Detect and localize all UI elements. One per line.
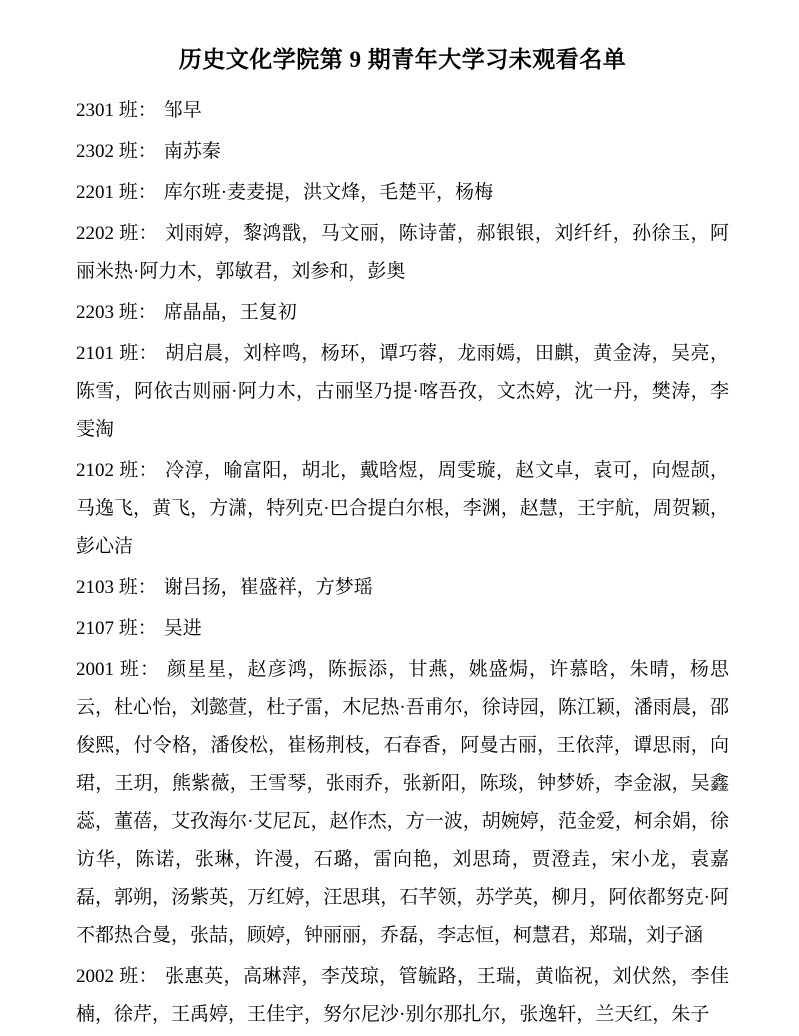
- student-name-list: 席晶晶，王复初: [164, 302, 297, 323]
- student-name-list: 胡启晨，刘梓鸣，杨环，谭巧蓉，龙雨嫣，田麒，黄金涛，吴亮，陈雪，阿依古则丽·阿力…: [76, 343, 729, 440]
- class-entry: 2103 班：谢吕扬，崔盛祥，方梦瑶: [76, 569, 729, 607]
- student-name-list: 冷淳，喻富阳，胡北，戴晗煜，周雯璇，赵文卓，袁可，向煜颉，马逸飞，黄飞，方潇，特…: [76, 460, 729, 557]
- class-entry: 2001 班：颜星星，赵彦鸿，陈振添，甘燕，姚盛焗，许慕晗，朱晴，杨思云，杜心怡…: [76, 651, 729, 955]
- student-name-list: 库尔班·麦麦提，洪文烽，毛楚平，杨梅: [164, 182, 493, 203]
- class-label: 2202 班：: [76, 223, 165, 244]
- class-label: 2107 班：: [76, 618, 164, 639]
- class-label: 2302 班：: [76, 141, 164, 162]
- class-entry: 2002 班：张惠英，高琳萍，李茂琼，管毓路，王瑞，黄临祝，刘伏然，李佳楠，徐芹…: [76, 958, 729, 1034]
- class-entry: 2102 班：冷淳，喻富阳，胡北，戴晗煜，周雯璇，赵文卓，袁可，向煜颉，马逸飞，…: [76, 452, 729, 566]
- student-name-list: 吴进: [164, 618, 202, 639]
- class-label: 2101 班：: [76, 343, 165, 364]
- class-label: 2103 班：: [76, 577, 164, 598]
- class-label: 2203 班：: [76, 302, 164, 323]
- class-entry: 2302 班：南苏秦: [76, 133, 729, 171]
- class-entry: 2201 班：库尔班·麦麦提，洪文烽，毛楚平，杨梅: [76, 174, 729, 212]
- student-name-list: 南苏秦: [164, 141, 221, 162]
- student-name-list: 谢吕扬，崔盛祥，方梦瑶: [164, 577, 373, 598]
- page-title: 历史文化学院第 9 期青年大学习未观看名单: [76, 44, 729, 76]
- class-label: 2002 班：: [76, 966, 165, 987]
- class-label: 2001 班：: [76, 659, 167, 680]
- class-entry: 2202 班：刘雨婷，黎鸿戬，马文丽，陈诗蕾，郝银银，刘纤纤，孙徐玉，阿丽米热·…: [76, 215, 729, 291]
- class-list: 2301 班：邹早2302 班：南苏秦2201 班：库尔班·麦麦提，洪文烽，毛楚…: [76, 92, 729, 1034]
- class-label: 2102 班：: [76, 460, 165, 481]
- student-name-list: 张惠英，高琳萍，李茂琼，管毓路，王瑞，黄临祝，刘伏然，李佳楠，徐芹，王禹婷，王佳…: [76, 966, 729, 1025]
- class-label: 2201 班：: [76, 182, 164, 203]
- class-entry: 2301 班：邹早: [76, 92, 729, 130]
- class-entry: 2107 班：吴进: [76, 610, 729, 648]
- student-name-list: 刘雨婷，黎鸿戬，马文丽，陈诗蕾，郝银银，刘纤纤，孙徐玉，阿丽米热·阿力木，郭敏君…: [76, 223, 729, 282]
- document-page: 历史文化学院第 9 期青年大学习未观看名单 2301 班：邹早2302 班：南苏…: [0, 0, 799, 1036]
- class-entry: 2101 班：胡启晨，刘梓鸣，杨环，谭巧蓉，龙雨嫣，田麒，黄金涛，吴亮，陈雪，阿…: [76, 335, 729, 449]
- student-name-list: 邹早: [164, 100, 202, 121]
- student-name-list: 颜星星，赵彦鸿，陈振添，甘燕，姚盛焗，许慕晗，朱晴，杨思云，杜心怡，刘懿萱，杜子…: [76, 659, 729, 946]
- class-entry: 2203 班：席晶晶，王复初: [76, 294, 729, 332]
- class-label: 2301 班：: [76, 100, 164, 121]
